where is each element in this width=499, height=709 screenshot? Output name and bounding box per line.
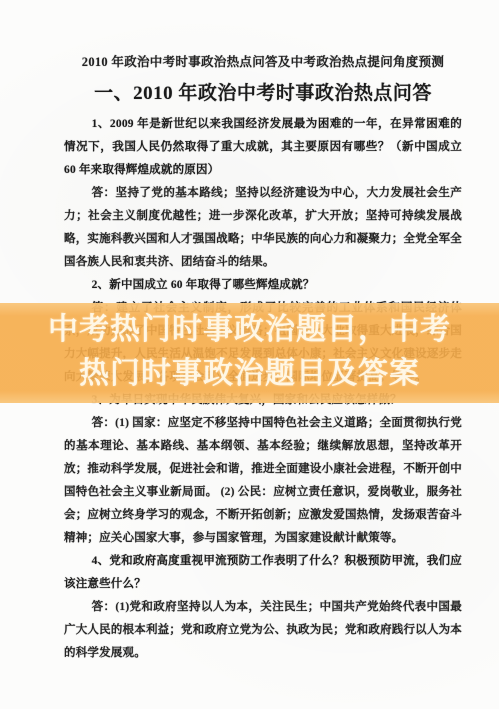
- question-1: 1、2009 年是新世纪以来我国经济发展最为困难的一年，在异常困难的情况下，我国…: [64, 113, 462, 182]
- section-heading: 一、2010 年政治中考时事政治热点问答: [64, 82, 462, 106]
- scanned-document-page: 2010 年政治中考时事政治热点问答及中考政治热点提问角度预测 一、2010 年…: [0, 0, 499, 709]
- answer-3: 答：(1) 国家：应坚定不移坚持中国特色社会主义道路；全面贯彻执行党的基本理论、…: [64, 412, 462, 550]
- question-2: 2、新中国成立 60 年取得了哪些辉煌成就？: [64, 274, 462, 297]
- answer-4: 答：(1)党和政府坚持以人为本，关注民生；中国共产党始终代表中国最广大人民的根本…: [64, 596, 462, 665]
- watermark-band: [0, 303, 499, 403]
- answer-1: 答：坚持了党的基本路线；坚持以经济建设为中心，大力发展社会生产力；社会主义制度优…: [64, 182, 462, 274]
- question-4: 4、党和政府高度重视甲流预防工作表明了什么？积极预防甲流，我们应该注意些什么？: [64, 550, 462, 596]
- document-title: 2010 年政治中考时事政治热点问答及中考政治热点提问角度预测: [64, 54, 462, 71]
